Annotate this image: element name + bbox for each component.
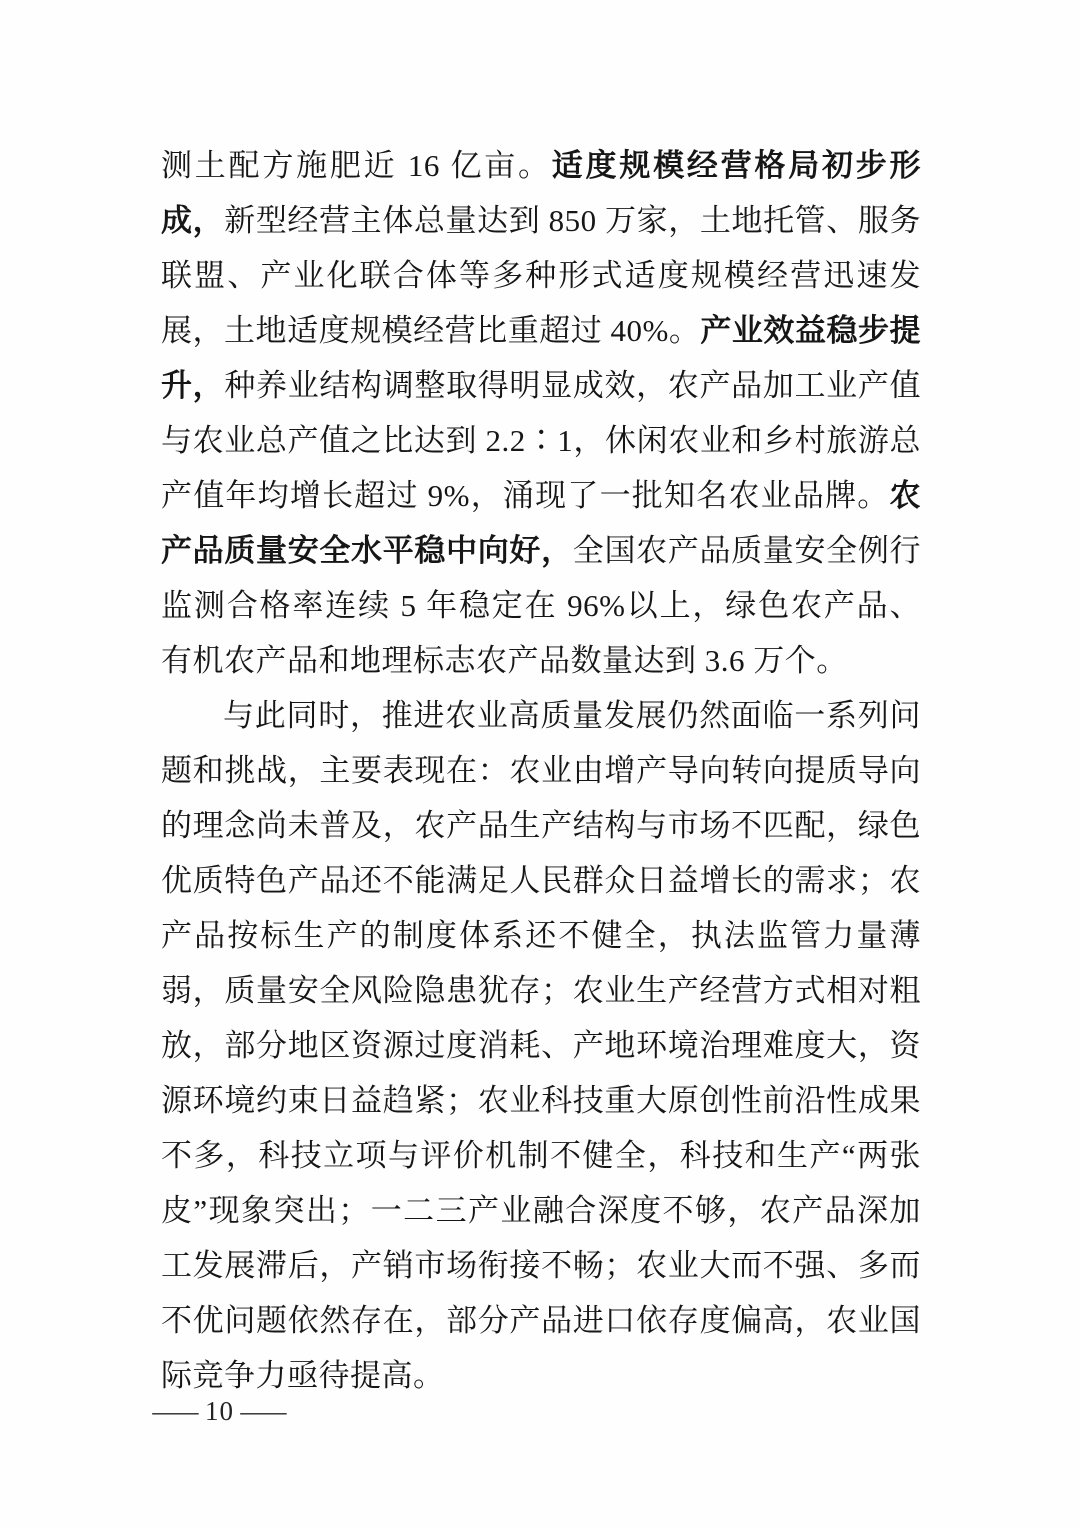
- document-body: 测土配方施肥近 16 亿亩。适度规模经营格局初步形成，新型经营主体总量达到 85…: [161, 138, 921, 1403]
- text-segment: 测土配方施肥近 16 亿亩。: [161, 148, 552, 183]
- footer-dash-right: —: [241, 1396, 287, 1427]
- paragraph-problems: 与此同时，推进农业高质量发展仍然面临一系列问题和挑战，主要表现在：农业由增产导向…: [161, 688, 921, 1403]
- footer-dash-left: —: [153, 1396, 199, 1427]
- paragraph-achievements: 测土配方施肥近 16 亿亩。适度规模经营格局初步形成，新型经营主体总量达到 85…: [161, 138, 921, 688]
- text-segment: 与此同时，推进农业高质量发展仍然面临一系列问题和挑战，主要表现在：农业由增产导向…: [161, 698, 921, 1393]
- text-segment: 种养业结构调整取得明显成效，农产品加工业产值与农业总产值之比达到 2.2∶1，休…: [161, 368, 921, 513]
- page-footer: —10—: [162, 1396, 277, 1427]
- document-page: 测土配方施肥近 16 亿亩。适度规模经营格局初步形成，新型经营主体总量达到 85…: [0, 0, 1080, 1528]
- footer-page-number: 10: [205, 1396, 234, 1427]
